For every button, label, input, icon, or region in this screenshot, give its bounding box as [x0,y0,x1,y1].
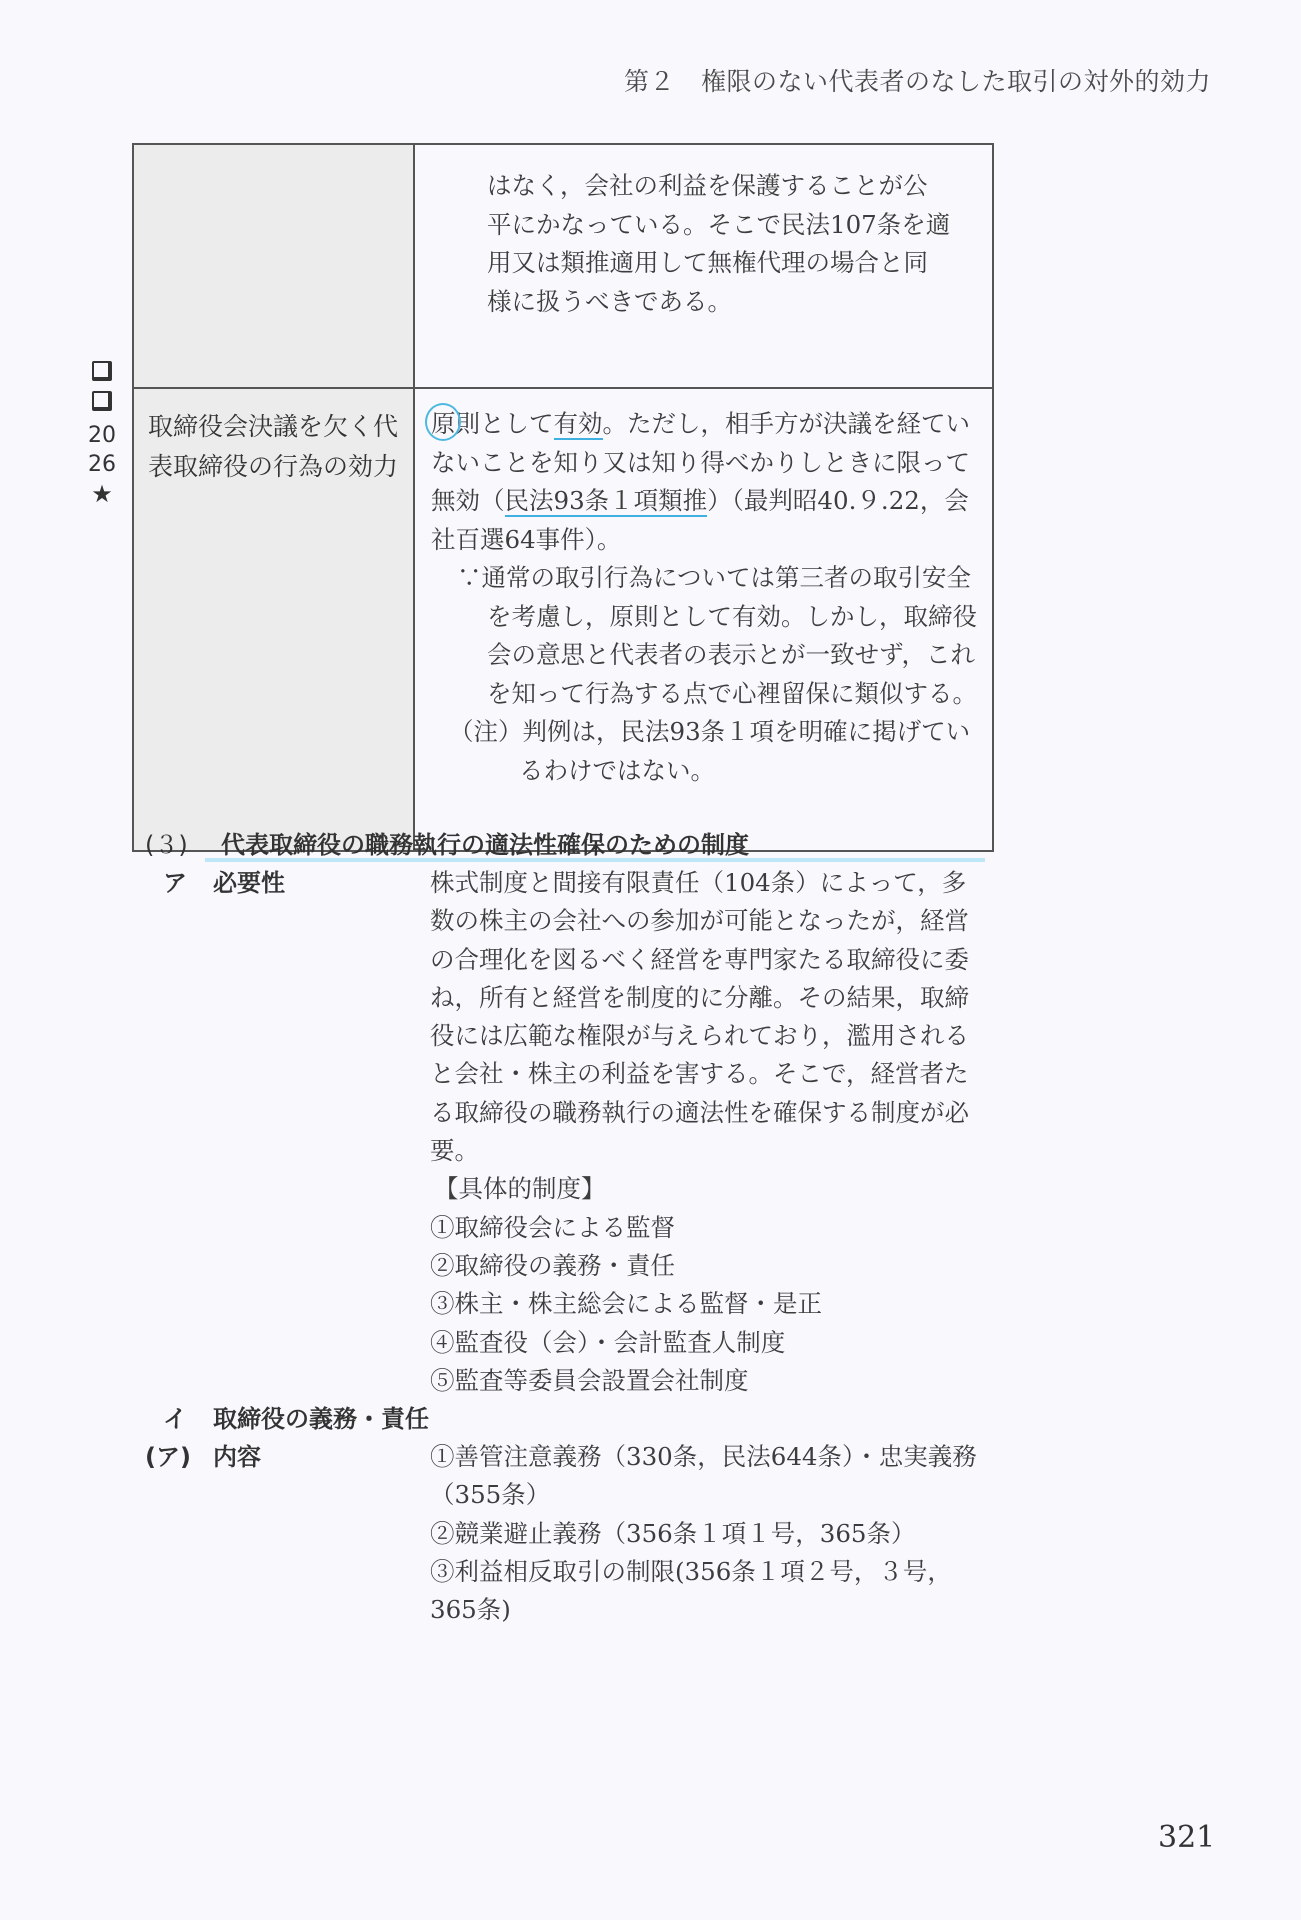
table-cell-content: 原則として有効。ただし，相手方が決議を経ていないことを知り又は知り得べかりしとき… [415,389,992,850]
chapter-number: 第２ [624,67,675,96]
chapter-title: 権限のない代表者のなした取引の対外的効力 [701,67,1211,96]
section-heading: (３)代表取締役の職務執行の適法性確保のための制度 [145,826,1005,864]
page-number: 321 [1158,1820,1215,1855]
text-line: 平にかなっている。そこで民法107条を適 [487,206,978,245]
running-header: 第２権限のない代表者のなした取引の対外的効力 [624,62,1211,98]
text-line: はなく，会社の利益を保護することが公 [487,167,978,206]
table-cell-topic: 取締役会決議を欠く代表取締役の行為の効力 [134,389,415,850]
highlighter-annotation [205,858,985,862]
item-body: ①善管注意義務（330条，民法644条）・忠実義務（355条） ②競業避止義務（… [430,1438,985,1629]
list-item: ①善管注意義務（330条，民法644条）・忠実義務（355条） [430,1438,985,1515]
text-segment: として [480,409,554,438]
note-text: （注）判例は，民法93条１項を明確に掲げているわけではない。 [449,713,978,790]
exam-year: 20 [88,421,116,450]
item-label: ア必要性 [145,864,430,1400]
section-3: (３)代表取締役の職務執行の適法性確保のための制度 ア必要性 株式制度と間接有限… [145,826,1005,1630]
list-item: ②取締役の義務・責任 [430,1247,985,1285]
item-mark: (ア) [145,1438,213,1476]
subsection-mark: イ [145,1400,213,1438]
text-line: 用又は類推適用して無権代理の場合と同 [487,244,978,283]
handwritten-circle-annotation: 原則 [431,405,480,444]
item-body: 株式制度と間接有限責任（104条）によって，多数の株主の会社への参加が可能となっ… [430,864,985,1400]
item-content: (ア)内容 ①善管注意義務（330条，民法644条）・忠実義務（355条） ②競… [145,1438,1005,1629]
table-cell-content: はなく，会社の利益を保護することが公 平にかなっている。そこで民法107条を適 … [415,145,992,387]
handwritten-underline-annotation: 民法93条１項類推 [505,486,708,517]
text-line: 様に扱うべきである。 [487,283,978,322]
reason-text: ∵通常の取引行為については第三者の取引安全を考慮し，原則として有効。しかし，取締… [461,559,978,713]
list-item: ②競業避止義務（356条１項１号，365条） [430,1515,985,1553]
item-necessity: ア必要性 株式制度と間接有限責任（104条）によって，多数の株主の会社への参加が… [145,864,1005,1400]
comparison-table: はなく，会社の利益を保護することが公 平にかなっている。そこで民法107条を適 … [132,143,994,852]
item-label-text: 内容 [213,1443,261,1471]
handwritten-underline-annotation: 有効 [554,409,603,440]
item-label-text: 必要性 [213,869,285,897]
table-cell-topic [134,145,415,387]
table-row: 取締役会決議を欠く代表取締役の行為の効力 原則として有効。ただし，相手方が決議を… [134,389,992,850]
list-title: 【具体的制度】 [430,1170,985,1208]
review-gutter: 20 26 ★ [88,357,116,509]
list-item: ④監査役（会）・会計監査人制度 [430,1324,985,1362]
list-item: ③株主・株主総会による監督・是正 [430,1285,985,1323]
list-item: ③利益相反取引の制限(356条１項２号，３号，365条) [430,1553,985,1630]
checkbox-icon[interactable] [92,361,112,381]
star-icon: ★ [88,479,116,509]
table-row: はなく，会社の利益を保護することが公 平にかなっている。そこで民法107条を適 … [134,145,992,389]
subsection-title: 取締役の義務・責任 [213,1405,429,1433]
item-paragraph: 株式制度と間接有限責任（104条）によって，多数の株主の会社への参加が可能となっ… [430,864,985,1170]
subsection-heading: イ取締役の義務・責任 [145,1400,1005,1438]
checkbox-icon[interactable] [92,391,112,411]
list-item: ①取締役会による監督 [430,1209,985,1247]
item-label: (ア)内容 [145,1438,430,1629]
exam-year: 26 [88,450,116,479]
list-item: ⑤監査等委員会設置会社制度 [430,1362,985,1400]
rule-text: 原則として有効。ただし，相手方が決議を経ていないことを知り又は知り得べかりしとき… [431,405,978,559]
item-mark: ア [145,864,213,902]
section-title: 代表取締役の職務執行の適法性確保のための制度 [221,831,749,859]
